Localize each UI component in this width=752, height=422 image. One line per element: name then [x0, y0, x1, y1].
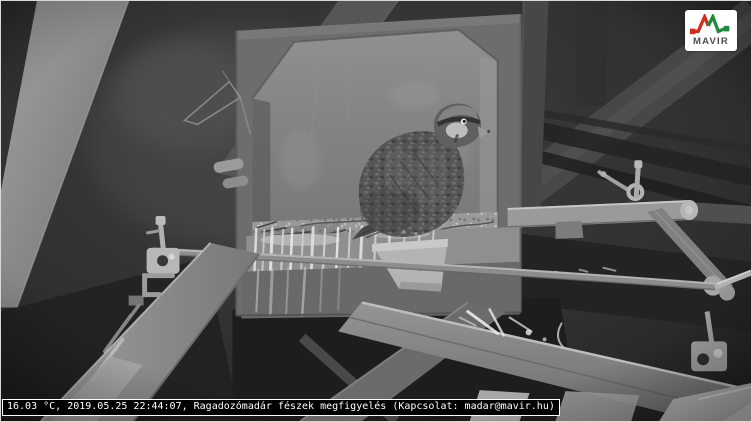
webcam-snapshot: MAVIR 16.03 °C, 2019.05.25 22:44:07, Rag… — [0, 0, 752, 422]
status-bar: 16.03 °C, 2019.05.25 22:44:07, Ragadozóm… — [2, 399, 560, 416]
mavir-logo: MAVIR — [685, 10, 737, 51]
vignette — [1, 1, 751, 421]
mavir-logo-icon — [689, 14, 733, 36]
mavir-logo-text: MAVIR — [693, 37, 729, 47]
status-text: 16.03 °C, 2019.05.25 22:44:07, Ragadozóm… — [7, 401, 555, 412]
camera-scene — [1, 1, 751, 421]
